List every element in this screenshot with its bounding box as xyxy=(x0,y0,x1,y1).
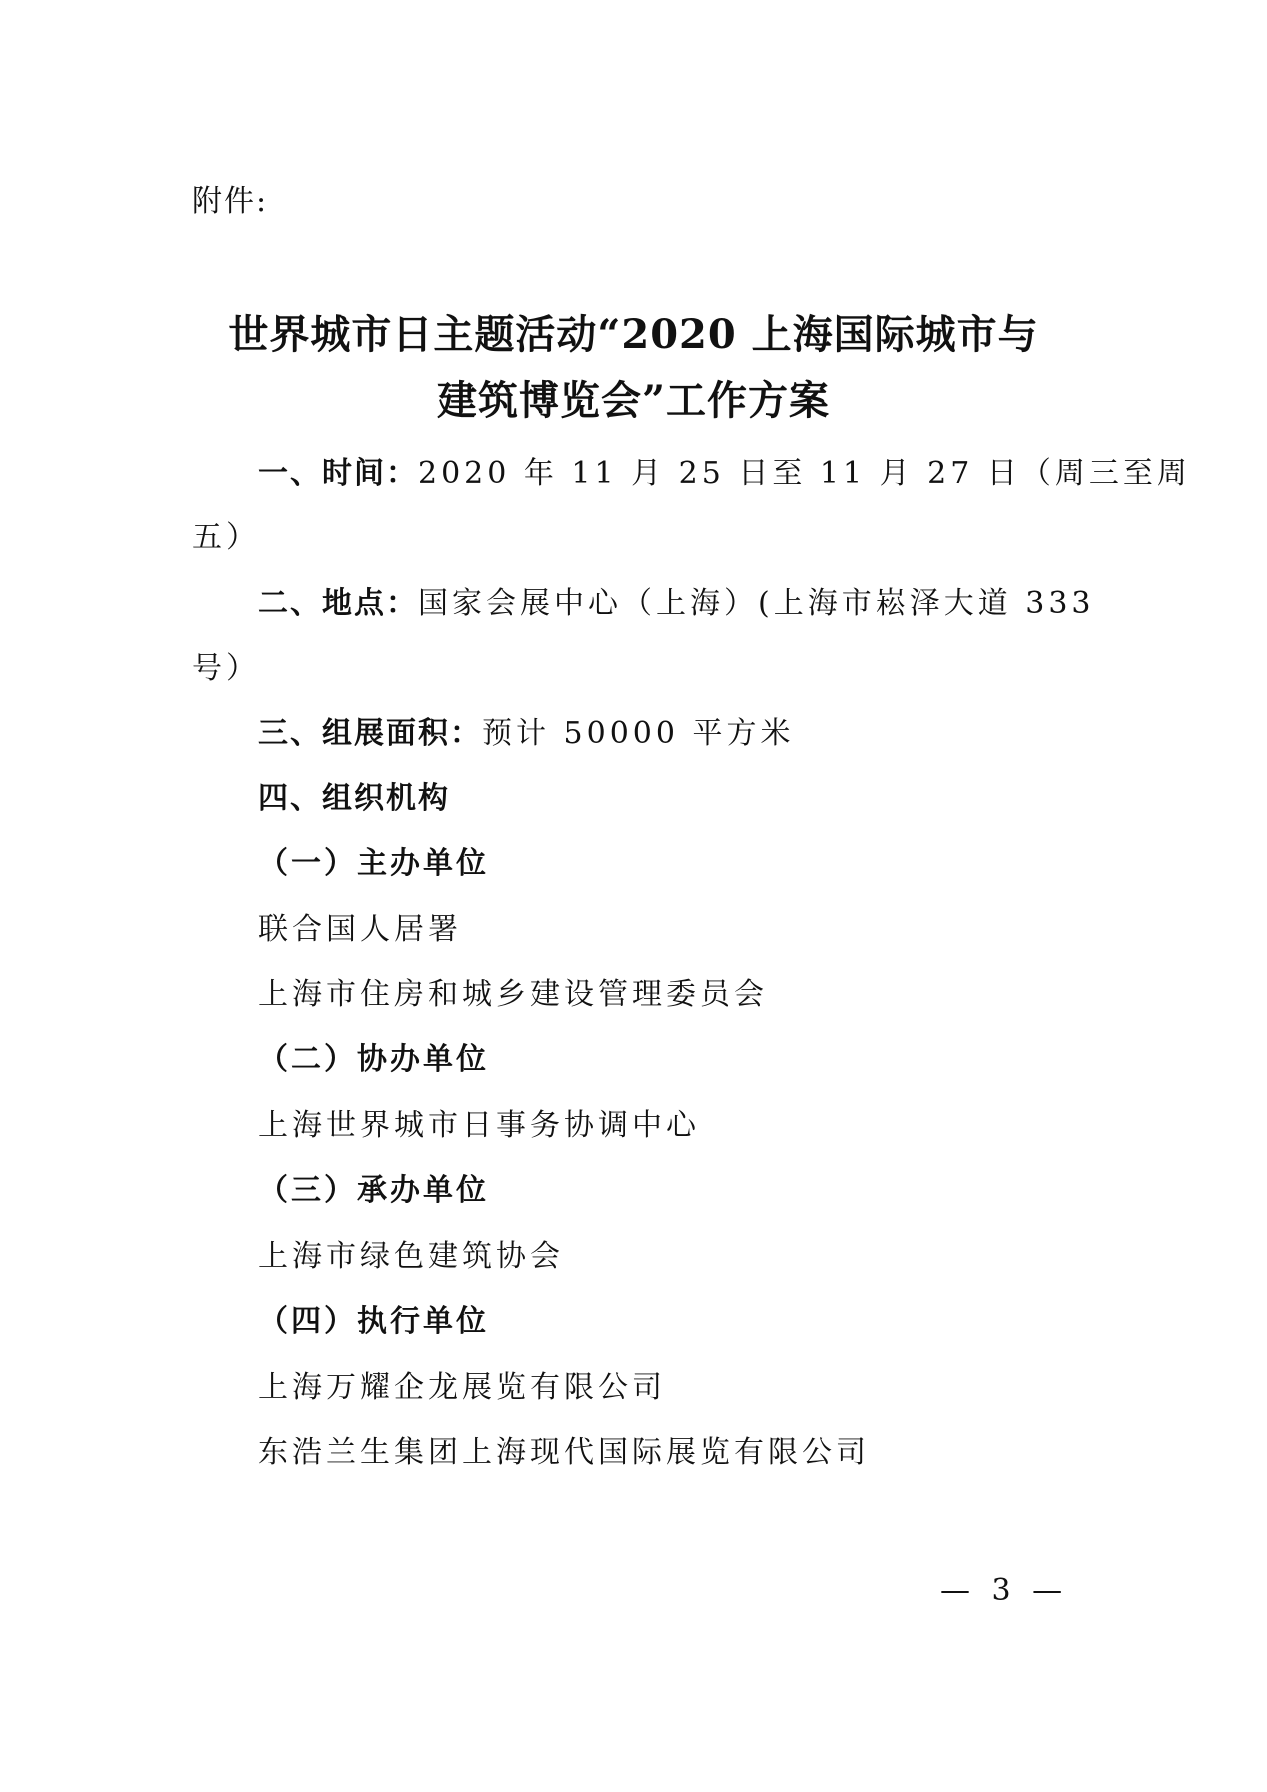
location-value: 国家会展中心（上海）(上海市崧泽大道 333 xyxy=(418,586,1095,621)
area-value: 预计 50000 平方米 xyxy=(482,716,795,751)
time-line: 一、时间：2020 年 11 月 25 日至 11 月 27 日（周三至周 xyxy=(258,448,1191,492)
time-value-continued: 五） xyxy=(192,512,260,556)
co-organizer-label: （二）协办单位 xyxy=(258,1034,489,1078)
area-heading: 三、组展面积： xyxy=(258,716,482,751)
page-number: — 3 — xyxy=(940,1573,1068,1608)
attachment-label: 附件: xyxy=(192,176,268,220)
document-title-line-1: 世界城市日主题活动“2020 上海国际城市与 xyxy=(0,303,1267,360)
executor-member: 上海万耀企龙展览有限公司 xyxy=(258,1362,666,1406)
organizer-label: （三）承办单位 xyxy=(258,1165,489,1209)
time-heading: 一、时间： xyxy=(258,456,418,491)
area-line: 三、组展面积：预计 50000 平方米 xyxy=(258,708,795,752)
document-page: 附件: 世界城市日主题活动“2020 上海国际城市与 建筑博览会”工作方案 一、… xyxy=(0,0,1267,1792)
executor-member: 东浩兰生集团上海现代国际展览有限公司 xyxy=(258,1427,870,1471)
location-heading: 二、地点： xyxy=(258,586,418,621)
location-value-continued: 号） xyxy=(192,643,260,687)
executor-label: （四）执行单位 xyxy=(258,1296,489,1340)
organizer-member: 上海市绿色建筑协会 xyxy=(258,1231,564,1275)
host-member: 联合国人居署 xyxy=(258,904,462,948)
location-line: 二、地点：国家会展中心（上海）(上海市崧泽大道 333 xyxy=(258,578,1095,622)
host-member: 上海市住房和城乡建设管理委员会 xyxy=(258,969,768,1013)
organization-heading: 四、组织机构 xyxy=(258,773,450,817)
co-organizer-member: 上海世界城市日事务协调中心 xyxy=(258,1100,700,1144)
time-value: 2020 年 11 月 25 日至 11 月 27 日（周三至周 xyxy=(418,456,1191,491)
host-label: （一）主办单位 xyxy=(258,838,489,882)
document-title-line-2: 建筑博览会”工作方案 xyxy=(0,369,1267,426)
